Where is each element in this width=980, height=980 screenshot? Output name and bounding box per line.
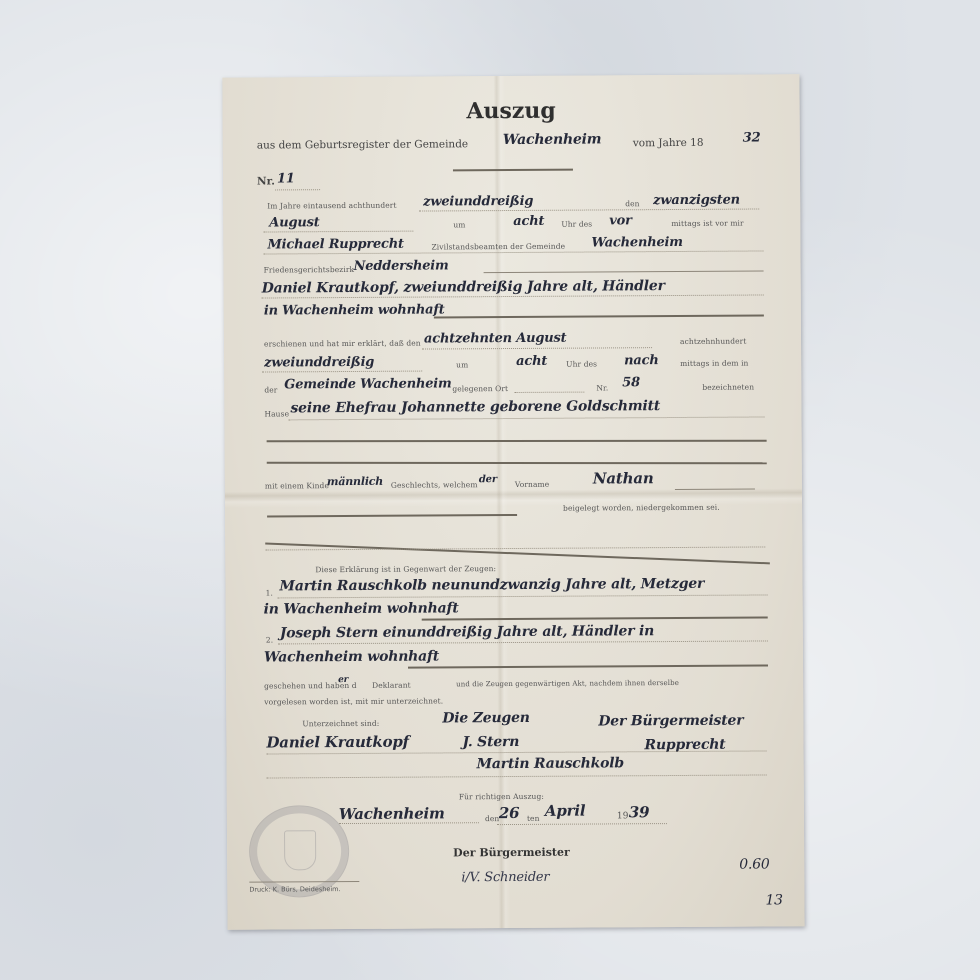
- l1-hand-a: zweiunddreißig: [423, 194, 533, 210]
- l13-dotted: [265, 546, 765, 550]
- witness-intro: Diese Erklärung ist in Gegenwart der Zeu…: [315, 564, 496, 574]
- w1-rule: [422, 616, 768, 620]
- cert-place-underline: [339, 822, 479, 824]
- witness-1-num: 1.: [266, 588, 273, 597]
- l4-rule: [484, 270, 764, 273]
- l2-print-a: um: [453, 220, 465, 229]
- diagonal-strike: [265, 543, 770, 564]
- l3-print-a: Zivilstandsbeamten der Gemeinde: [431, 242, 565, 252]
- subtitle-municipality: Wachenheim: [503, 131, 602, 148]
- l2-print-b: Uhr des: [561, 220, 592, 229]
- l2-hand-c: vor: [609, 213, 632, 228]
- l7-print-a: erschienen und hat mir erklärt, daß den: [264, 339, 421, 349]
- l9-hand-a: Gemeinde Wachenheim: [284, 376, 451, 392]
- witness-2-line2: Wachenheim wohnhaft: [264, 648, 439, 665]
- l4-hand-a: Neddersheim: [354, 258, 449, 274]
- document-title: Auszug: [223, 96, 800, 126]
- l9-hand-b: 58: [622, 375, 640, 390]
- l9-underline: [514, 392, 584, 393]
- witness-2-num: 2.: [266, 635, 273, 644]
- witness-signature-rauschkolb: Martin Rauschkolb: [477, 755, 624, 772]
- w2-underline: [278, 640, 768, 644]
- l7-print-b: achtzehnhundert: [680, 337, 746, 346]
- l12-rule: [267, 514, 517, 517]
- sig-dotted-2: [267, 774, 767, 778]
- l6-rule: [434, 314, 764, 318]
- l10-print-a: Hause: [264, 409, 289, 418]
- subtitle-year-suffix: 32: [743, 130, 761, 145]
- l9-print-a: der: [264, 385, 277, 394]
- l9-print-b: gelegenen Ort: [452, 384, 508, 393]
- l8-print-b: Uhr des: [566, 359, 597, 368]
- witness-1-line1: Martin Rauschkolb neunundzwanzig Jahre a…: [279, 576, 704, 595]
- l7-hand-a: achtzehnten August: [424, 331, 567, 347]
- certification-den: den: [485, 814, 499, 823]
- l8-hand-a: zweiunddreißig: [264, 355, 374, 371]
- c1-print-b: Deklarant: [372, 681, 411, 690]
- witness-2-line1: Joseph Stern einunddreißig Jahre alt, Hä…: [280, 623, 654, 641]
- birth-register-extract-document: Auszug aus dem Geburtsregister der Gemei…: [222, 74, 804, 930]
- l2-underline-a: [263, 231, 413, 233]
- number-value: 11: [277, 171, 295, 186]
- certification-signature: i/V. Schneider: [461, 870, 549, 886]
- l8-print-a: um: [456, 360, 468, 369]
- printer-imprint: Druck: K. Bürs, Deidesheim.: [249, 885, 340, 894]
- certification-label: Für richtigen Auszug:: [459, 792, 544, 802]
- l1-print-b: den: [625, 199, 639, 208]
- certification-ten: ten: [527, 814, 540, 823]
- w1-underline: [278, 594, 768, 598]
- l10-hand-a: seine Ehefrau Johannette geborene Goldsc…: [290, 398, 660, 416]
- l3-hand-a: Michael Rupprecht: [267, 237, 403, 253]
- cert-date-underline: [497, 823, 667, 825]
- l11-print-b: Geschlechts, welchem: [391, 480, 478, 490]
- l2-print-c: mittags ist vor mir: [671, 219, 743, 228]
- l10-underline: [288, 416, 764, 420]
- number-label: Nr.: [257, 175, 275, 187]
- seal-coat-of-arms-icon: [284, 830, 316, 870]
- fee-note: 0.60: [739, 856, 769, 872]
- l12-print-a: beigelegt worden, niedergekommen sei.: [563, 503, 720, 513]
- c1-print-c: und die Zeugen gegenwärtigen Akt, nachde…: [456, 679, 679, 688]
- mayor-heading-sig: Der Bürgermeister: [598, 713, 743, 730]
- w2-rule: [408, 664, 768, 668]
- certification-place: Wachenheim: [339, 804, 445, 823]
- subtitle-year-label: vom Jahre 18: [633, 137, 704, 149]
- l9-print-c: Nr.: [596, 383, 608, 392]
- l2-hand-a: August: [269, 215, 319, 230]
- c1-hand-a: er: [338, 675, 348, 685]
- l9-print-d: bezeichneten: [702, 383, 754, 392]
- number-underline: [275, 189, 320, 190]
- strike-rule-2: [267, 462, 767, 464]
- official-seal-stamp: [249, 805, 350, 898]
- l4-print-a: Friedensgerichtsbezirk: [264, 265, 355, 275]
- l11-print-c: Vorname: [515, 480, 549, 489]
- l7-underline: [422, 347, 652, 349]
- c3-print-a: Unterzeichnet sind:: [302, 719, 379, 728]
- certification-day: 26: [499, 804, 520, 822]
- certification-office: Der Bürgermeister: [453, 846, 570, 860]
- witnesses-heading-sig: Die Zeugen: [442, 710, 530, 727]
- l8-print-c: mittags in dem in: [680, 359, 748, 368]
- l11-print-a: mit einem Kinde: [265, 481, 329, 490]
- l5-hand-a: Daniel Krautkopf, zweiunddreißig Jahre a…: [262, 278, 665, 296]
- l8-hand-c: nach: [624, 353, 659, 368]
- l1-hand-b: zwanzigsten: [653, 193, 740, 209]
- l11-hand-b: der: [479, 474, 497, 485]
- l1-print-a: Im Jahre eintausend achthundert: [267, 201, 396, 211]
- l2-hand-b: acht: [513, 214, 544, 229]
- strike-rule-1: [267, 440, 767, 442]
- c2-print-a: vorgelesen worden ist, mit mir unterzeic…: [264, 696, 443, 706]
- declarant-signature: Daniel Krautkopf: [266, 733, 409, 752]
- l3-hand-b: Wachenheim: [591, 235, 682, 251]
- l11-hand-a: männlich: [327, 475, 383, 488]
- l8-underline-a: [262, 371, 422, 373]
- certification-month: April: [545, 802, 586, 820]
- certification-year-suffix: 39: [629, 803, 650, 821]
- subtitle-prefix: aus dem Geburtsregister der Gemeinde: [257, 138, 468, 151]
- witness-signature-stern: J. Stern: [462, 734, 519, 750]
- witness-1-line2: in Wachenheim wohnhaft: [264, 600, 459, 617]
- l11-hand-c: Nathan: [593, 469, 654, 487]
- certification-year-prefix: 19: [617, 811, 629, 821]
- l8-hand-b: acht: [516, 354, 547, 369]
- page-note: 13: [765, 892, 783, 908]
- title-divider: [453, 169, 573, 171]
- l6-hand-a: in Wachenheim wohnhaft: [264, 302, 445, 318]
- l11-rule: [675, 489, 755, 490]
